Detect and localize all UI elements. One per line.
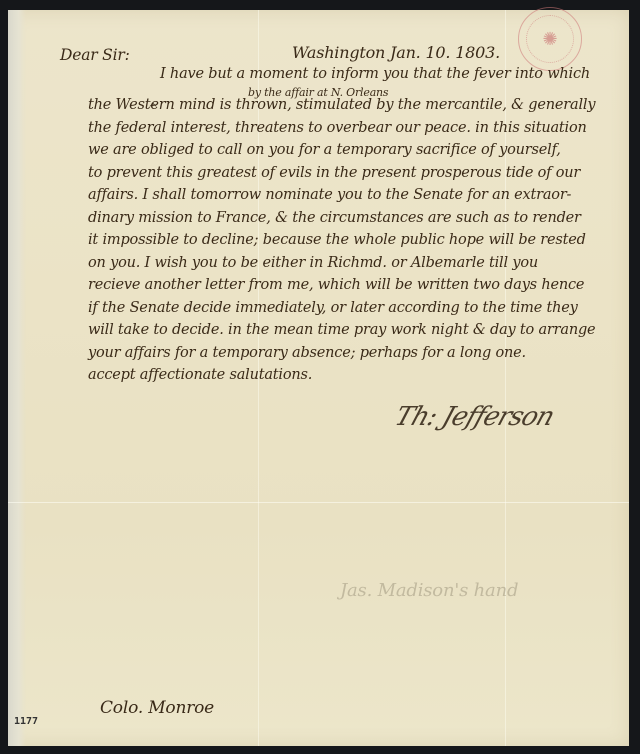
- body-line-11: if the Senate decide immediately, or lat…: [88, 300, 578, 316]
- body-line-2: the Western mind is thrown, stimulated b…: [88, 97, 595, 113]
- body-line-6: affairs. I shall tomorrow nominate you t…: [88, 187, 571, 203]
- body-line-7: dinary mission to France, & the circumst…: [88, 210, 581, 226]
- body-line-10: recieve another letter from me, which wi…: [88, 277, 584, 293]
- body-line-9: on you. I wish you to be either in Richm…: [88, 255, 538, 271]
- body-line-12: will take to decide. in the mean time pr…: [88, 322, 595, 338]
- place-date: Washington Jan. 10. 1803.: [292, 43, 500, 62]
- salutation: Dear Sir:: [60, 46, 130, 64]
- body-line-3: the federal interest, threatens to overb…: [88, 120, 587, 136]
- body-line-8: it impossible to decline; because the wh…: [88, 232, 586, 248]
- catalog-number: 1177: [14, 716, 38, 727]
- body-line-4: we are obliged to call on you for a temp…: [88, 142, 561, 158]
- signature: Th: Jefferson: [391, 402, 557, 432]
- body-line-1: I have but a moment to inform you that t…: [160, 66, 590, 82]
- seal-eagle-icon: ✺: [526, 15, 574, 63]
- body-line-13: your affairs for a temporary absence; pe…: [88, 345, 526, 361]
- faint-pencil-note: Jas. Madison's hand: [340, 580, 518, 601]
- library-seal-icon: ✺: [518, 7, 582, 71]
- body-line-5: to prevent this greatest of evils in the…: [88, 165, 580, 181]
- fold-line-horizontal: [8, 502, 629, 503]
- body-line-14: accept affectionate salutations.: [88, 367, 312, 383]
- paper-left-edge: [8, 10, 26, 746]
- addressee: Colo. Monroe: [100, 698, 214, 718]
